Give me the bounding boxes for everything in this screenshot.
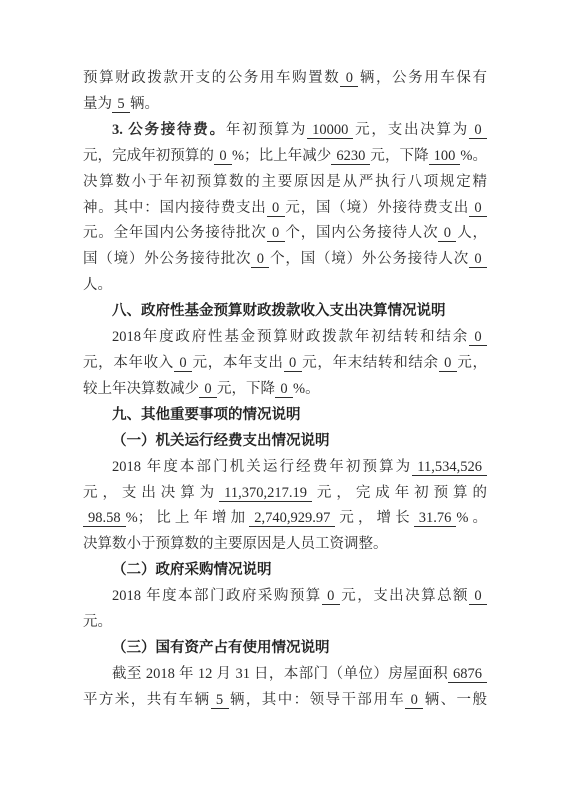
underlined-value: 31.76 [414, 510, 457, 527]
underlined-value: 0 [284, 355, 302, 372]
text-segment: 九、其他重要事项的情况说明 [112, 407, 301, 423]
text-segment: 八、政府性基金预算财政拨款收入支出决算情况说明 [112, 303, 446, 319]
document-line: 量为5辆。 [83, 92, 487, 118]
document-line: 国（境）外公务接待批次0个，国（境）外公务接待人次0 [83, 247, 487, 273]
underlined-value: 11,370,217.19 [219, 485, 312, 502]
text-segment: 3. 公务接待费。 [112, 122, 226, 138]
underlined-value: 0 [469, 200, 487, 217]
underlined-value: 0 [340, 70, 358, 87]
underlined-value: 0 [267, 225, 285, 242]
underlined-value: 0 [214, 148, 232, 165]
text-segment: 元，年末结转和结余 [302, 355, 439, 371]
underlined-value: 5 [112, 96, 130, 113]
text-segment: 人， [456, 225, 487, 241]
text-segment: 辆。 [130, 96, 159, 112]
text-segment: 元，增长 [335, 510, 413, 526]
text-segment: 元。 [83, 614, 112, 630]
text-segment: 2018 年度本部门政府采购预算 [112, 588, 322, 604]
text-segment: （一）机关运行经费支出情况说明 [112, 433, 330, 449]
underlined-value: 0 [275, 381, 293, 398]
text-segment: 元。全年国内公务接待批次 [83, 225, 267, 241]
text-segment: 辆，公务用车保有 [358, 70, 487, 86]
document-line: 元。 [83, 610, 487, 636]
underlined-value: 0 [469, 251, 487, 268]
document-line: 3. 公务接待费。年初预算为10000元，支出决算为0 [83, 118, 487, 144]
underlined-value: 0 [439, 355, 457, 372]
text-segment: 元，本年收入 [83, 355, 174, 371]
section-heading: （二）政府采购情况说明 [83, 558, 487, 584]
document-page: 预算财政拨款开支的公务用车购置数0辆，公务用车保有量为5辆。3. 公务接待费。年… [0, 0, 565, 800]
text-segment: 元，完成年初预算的 [83, 148, 214, 164]
text-segment: 元，本年支出 [192, 355, 284, 371]
underlined-value: 0 [469, 329, 487, 346]
text-segment: 元，支出决算为 [353, 122, 469, 138]
text-segment: 元，完成年初预算的 [312, 485, 487, 501]
text-segment: 国（境）外公务接待批次 [83, 251, 251, 267]
document-line: 2018 年度本部门机关运行经费年初预算为11,534,526 [83, 455, 487, 481]
underlined-value: 0 [469, 588, 487, 605]
underlined-value: 5 [211, 692, 229, 709]
text-segment: %。 [456, 510, 487, 526]
section-heading: （一）机关运行经费支出情况说明 [83, 429, 487, 455]
text-segment: %。 [460, 148, 487, 164]
document-line: 2018年度政府性基金预算财政拨款年初结转和结余0 [83, 325, 487, 351]
document-line: 元，本年收入0元，本年支出0元，年末结转和结余0元， [83, 351, 487, 377]
document-line: 2018 年度本部门政府采购预算0元，支出决算总额0 [83, 584, 487, 610]
text-segment: 平方米，共有车辆 [83, 692, 211, 708]
document-line: 较上年决算数减少0元，下降0%。 [83, 377, 487, 403]
text-segment: 2018 年度本部门机关运行经费年初预算为 [112, 459, 412, 475]
text-segment: 神。其中：国内接待费支出 [83, 200, 267, 216]
document-line: 预算财政拨款开支的公务用车购置数0辆，公务用车保有 [83, 66, 487, 92]
document-line: 元，支出决算为11,370,217.19元，完成年初预算的 [83, 481, 487, 507]
underlined-value: 6230 [331, 148, 370, 165]
text-segment: 量为 [83, 96, 112, 112]
text-segment: 人。 [83, 277, 112, 293]
document-line: 元，完成年初预算的0%；比上年减少6230元，下降100%。 [83, 144, 487, 170]
text-segment: 决算数小于年初预算数的主要原因是从严执行八项规定精 [83, 174, 487, 190]
document-line: 平方米，共有车辆5辆，其中：领导干部用车0辆、一般 [83, 688, 487, 714]
underlined-value: 0 [267, 200, 285, 217]
text-segment: 元，下降 [370, 148, 428, 164]
text-segment: %；比上年减少 [232, 148, 331, 164]
text-segment: %。 [293, 381, 320, 397]
underlined-value: 0 [322, 588, 340, 605]
document-line: 决算数小于年初预算数的主要原因是从严执行八项规定精 [83, 170, 487, 196]
text-segment: 辆、一般 [423, 692, 487, 708]
text-segment: 预算财政拨款开支的公务用车购置数 [83, 70, 340, 86]
text-segment: 年初预算为 [226, 122, 307, 138]
text-segment: %；比上年增加 [126, 510, 250, 526]
underlined-value: 100 [429, 148, 461, 165]
section-heading: （三）国有资产占有使用情况说明 [83, 636, 487, 662]
underlined-value: 0 [199, 381, 217, 398]
document-line: 截至 2018 年 12 月 31 日，本部门（单位）房屋面积6876 [83, 662, 487, 688]
underlined-value: 6876 [448, 666, 487, 683]
text-segment: 元，国（境）外接待费支出 [285, 200, 469, 216]
underlined-value: 11,534,526 [412, 459, 487, 476]
document-line: 元。全年国内公务接待批次0个，国内公务接待人次0人， [83, 221, 487, 247]
text-segment: 较上年决算数减少 [83, 381, 199, 397]
text-segment: 元，支出决算为 [83, 485, 219, 501]
underlined-value: 0 [438, 225, 456, 242]
document-line: 98.58%；比上年增加2,740,929.97元，增长31.76%。 [83, 506, 487, 532]
section-heading: 八、政府性基金预算财政拨款收入支出决算情况说明 [83, 299, 487, 325]
underlined-value: 0 [469, 122, 487, 139]
text-segment: 元， [457, 355, 487, 371]
text-segment: （二）政府采购情况说明 [112, 562, 272, 578]
text-segment: 个，国内公务接待人次 [285, 225, 439, 241]
text-segment: 决算数小于预算数的主要原因是人员工资调整。 [83, 536, 388, 552]
text-segment: 截至 2018 年 12 月 31 日，本部门（单位）房屋面积 [112, 666, 448, 682]
underlined-value: 2,740,929.97 [249, 510, 335, 527]
text-segment: 2018年度政府性基金预算财政拨款年初结转和结余 [112, 329, 469, 345]
document-line: 决算数小于预算数的主要原因是人员工资调整。 [83, 532, 487, 558]
text-segment: 元，支出决算总额 [340, 588, 469, 604]
text-segment: 个，国（境）外公务接待人次 [269, 251, 469, 267]
underlined-value: 98.58 [83, 510, 126, 527]
text-segment: 元，下降 [217, 381, 275, 397]
document-line: 人。 [83, 273, 487, 299]
underlined-value: 10000 [307, 122, 353, 139]
underlined-value: 0 [251, 251, 269, 268]
text-segment: （三）国有资产占有使用情况说明 [112, 640, 330, 656]
underlined-value: 0 [405, 692, 423, 709]
document-line: 神。其中：国内接待费支出0元，国（境）外接待费支出0 [83, 196, 487, 222]
text-segment: 辆，其中：领导干部用车 [229, 692, 406, 708]
section-heading: 九、其他重要事项的情况说明 [83, 403, 487, 429]
underlined-value: 0 [174, 355, 192, 372]
